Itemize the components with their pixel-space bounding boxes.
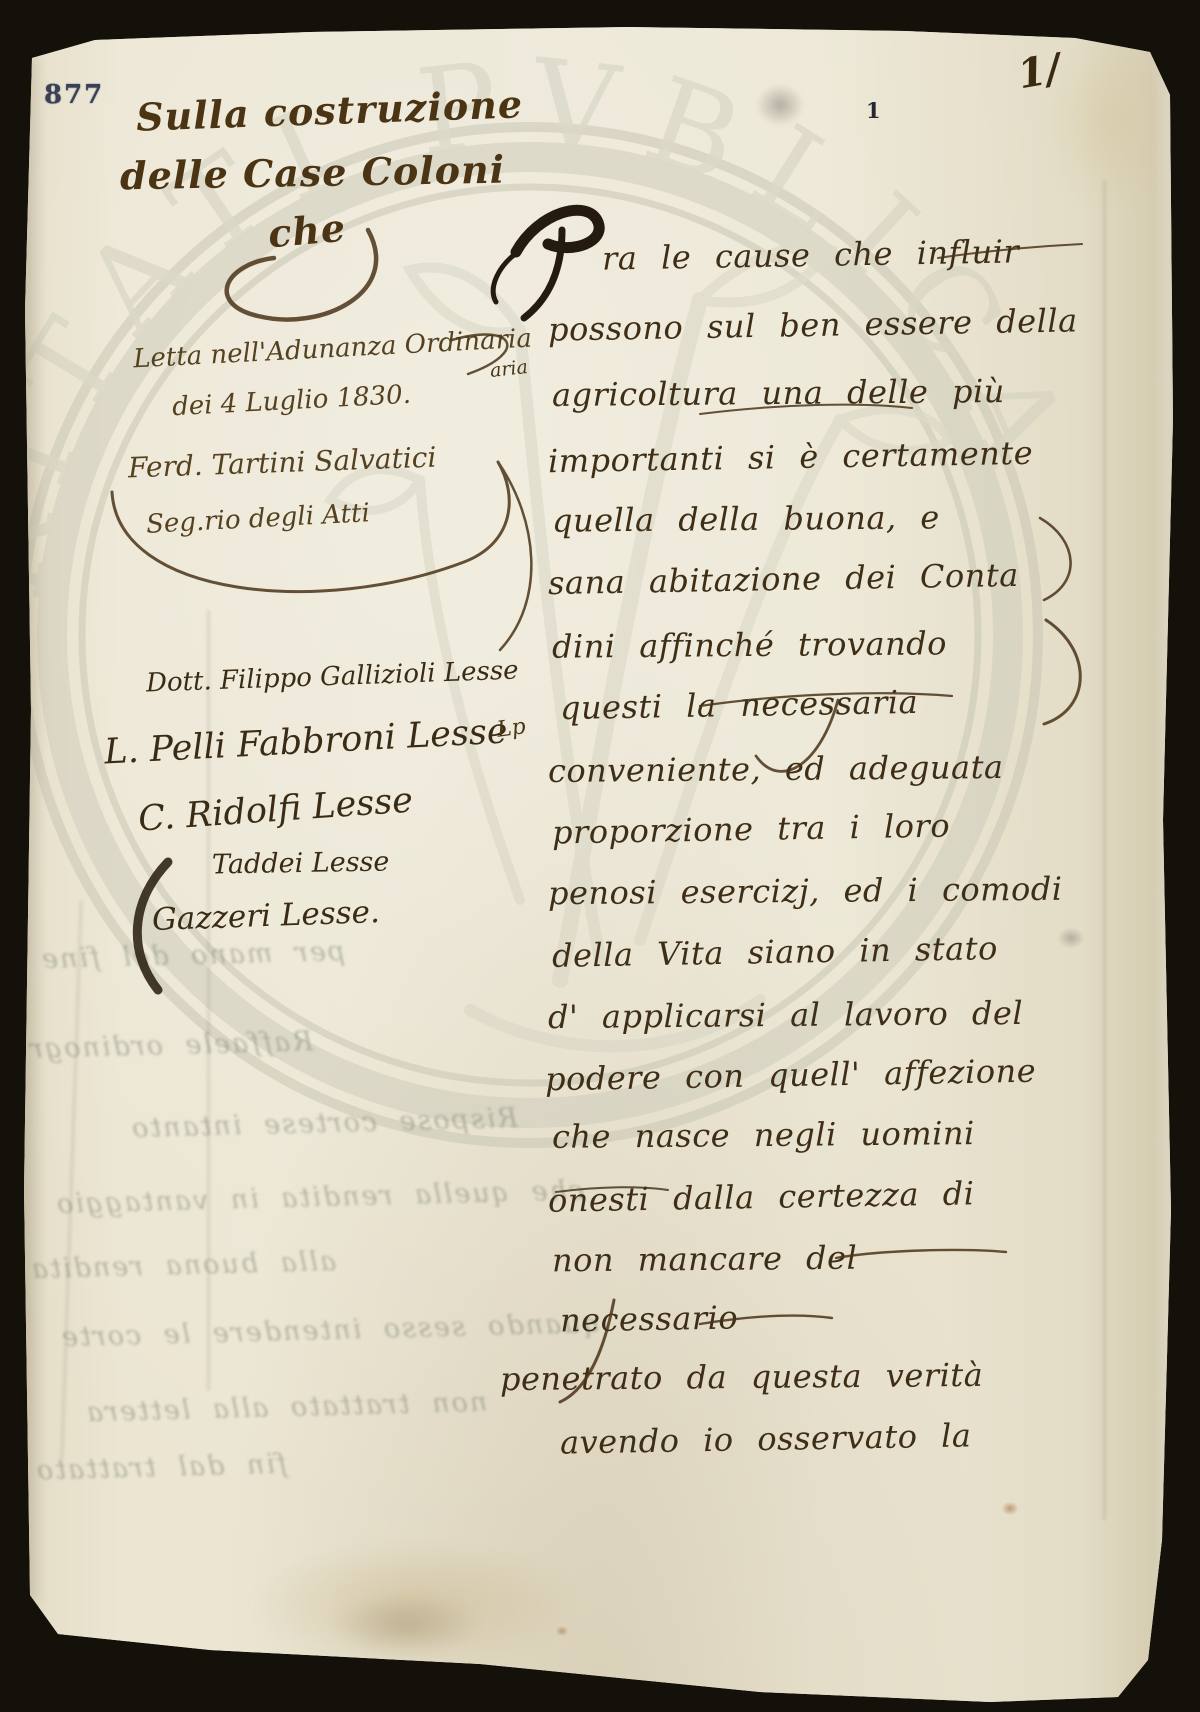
pen-flourishes-icon <box>0 0 1200 1712</box>
body-line: della Vita siano in stato <box>552 929 998 975</box>
watermark-letters: RITATI PVBLICA <box>0 32 1103 608</box>
body-line: avendo io osservato la <box>560 1416 972 1461</box>
body-line: proporzione tra i loro <box>552 807 951 852</box>
signature-line: Taddei Lesse <box>212 846 390 880</box>
ghost-text: non trattato alla lettera <box>85 1387 488 1429</box>
body-line: non mancare del <box>552 1239 858 1280</box>
paper-stain <box>1002 1502 1018 1515</box>
ghost-text: Raffaele ordinogr <box>28 1026 314 1064</box>
secretary-title: Seg.rio degli Atti <box>145 498 370 540</box>
body-line: quella della buona, e <box>552 498 940 539</box>
ghost-text: che quella rendita in vantaggio <box>55 1175 585 1220</box>
paper-crease <box>1103 180 1106 1520</box>
reading-note-line: Letta nell'Adunanza Ordinaria <box>132 324 532 375</box>
paper-crease <box>60 900 83 1460</box>
body-line: questi la necessaria <box>560 683 919 727</box>
ghost-text: quando sesso intendere le corte <box>60 1308 601 1353</box>
body-line: podere con quell' affezione <box>545 1052 1037 1099</box>
body-line: possono sul ben essere della <box>548 301 1078 348</box>
title-line: che <box>266 205 348 257</box>
body-line: agricoltura una delle più <box>552 372 1005 414</box>
body-line: conveniente, ed adeguata <box>548 748 1004 790</box>
drop-cap-flourish-icon <box>0 0 1200 1712</box>
secretary-signature: Ferd. Tartini Salvatici <box>128 441 437 485</box>
body-line: che nasce negli uomini <box>552 1114 975 1156</box>
body-line: dini affinché trovando <box>552 624 947 665</box>
signature-line: C. Ridolfi Lesse <box>137 780 414 839</box>
archival-number-stamp: 877 <box>44 80 104 110</box>
signature-line: L. Pelli Fabbroni Lesse <box>103 711 508 772</box>
body-line: onesti dalla certezza di <box>548 1174 975 1219</box>
paper-stain <box>250 1540 580 1670</box>
body-line: d' applicarsi al lavoro del <box>548 994 1023 1036</box>
title-line: delle Case Coloni <box>120 147 506 199</box>
folio-number: 1/ <box>1014 45 1064 99</box>
edge-grime <box>14 60 44 1600</box>
ghost-text: Rispose cortese intanto <box>130 1103 518 1144</box>
ink-smudge <box>756 84 804 126</box>
paper-stain <box>1048 30 1168 210</box>
reading-note-line: dei 4 Luglio 1830. <box>171 380 411 422</box>
margin-note: Lp <box>495 714 527 743</box>
margin-note: aria <box>489 356 529 382</box>
body-line: penosi esercizj, ed i comodi <box>548 870 1063 912</box>
scanned-manuscript: { "document": { "archival_number": "877"… <box>0 0 1200 1712</box>
signature-line: Dott. Filippo Gallizioli Lesse <box>146 656 519 699</box>
body-line: importanti si è certamente <box>548 434 1034 480</box>
paper-stain <box>1058 928 1084 948</box>
body-line: penetrato da questa verità <box>500 1356 984 1398</box>
ghost-text: per mano del fine <box>40 936 346 975</box>
watermark-seal-icon: RITATI PVBLICA <box>0 0 1200 1712</box>
signature-line: Gazzeri Lesse. <box>151 894 380 938</box>
ghost-text: alla buona rendita <box>30 1246 337 1285</box>
body-line: necessario <box>560 1298 739 1339</box>
manuscript-page: RITATI PVBLICA per mano del fine Raffael… <box>0 0 1200 1712</box>
svg-text:RITATI PVBLICA: RITATI PVBLICA <box>0 32 1103 608</box>
paper-crease <box>207 610 210 1390</box>
paper-stain <box>556 1626 568 1636</box>
title-line: Sulla costruzione <box>135 81 523 139</box>
body-line: ra le cause che influir <box>602 232 1020 277</box>
printed-page-number: 1 <box>866 98 881 123</box>
body-line: sana abitazione dei Conta <box>548 556 1019 602</box>
paper-stain <box>330 1595 480 1655</box>
ghost-text: fin dal trattato <box>35 1449 288 1487</box>
